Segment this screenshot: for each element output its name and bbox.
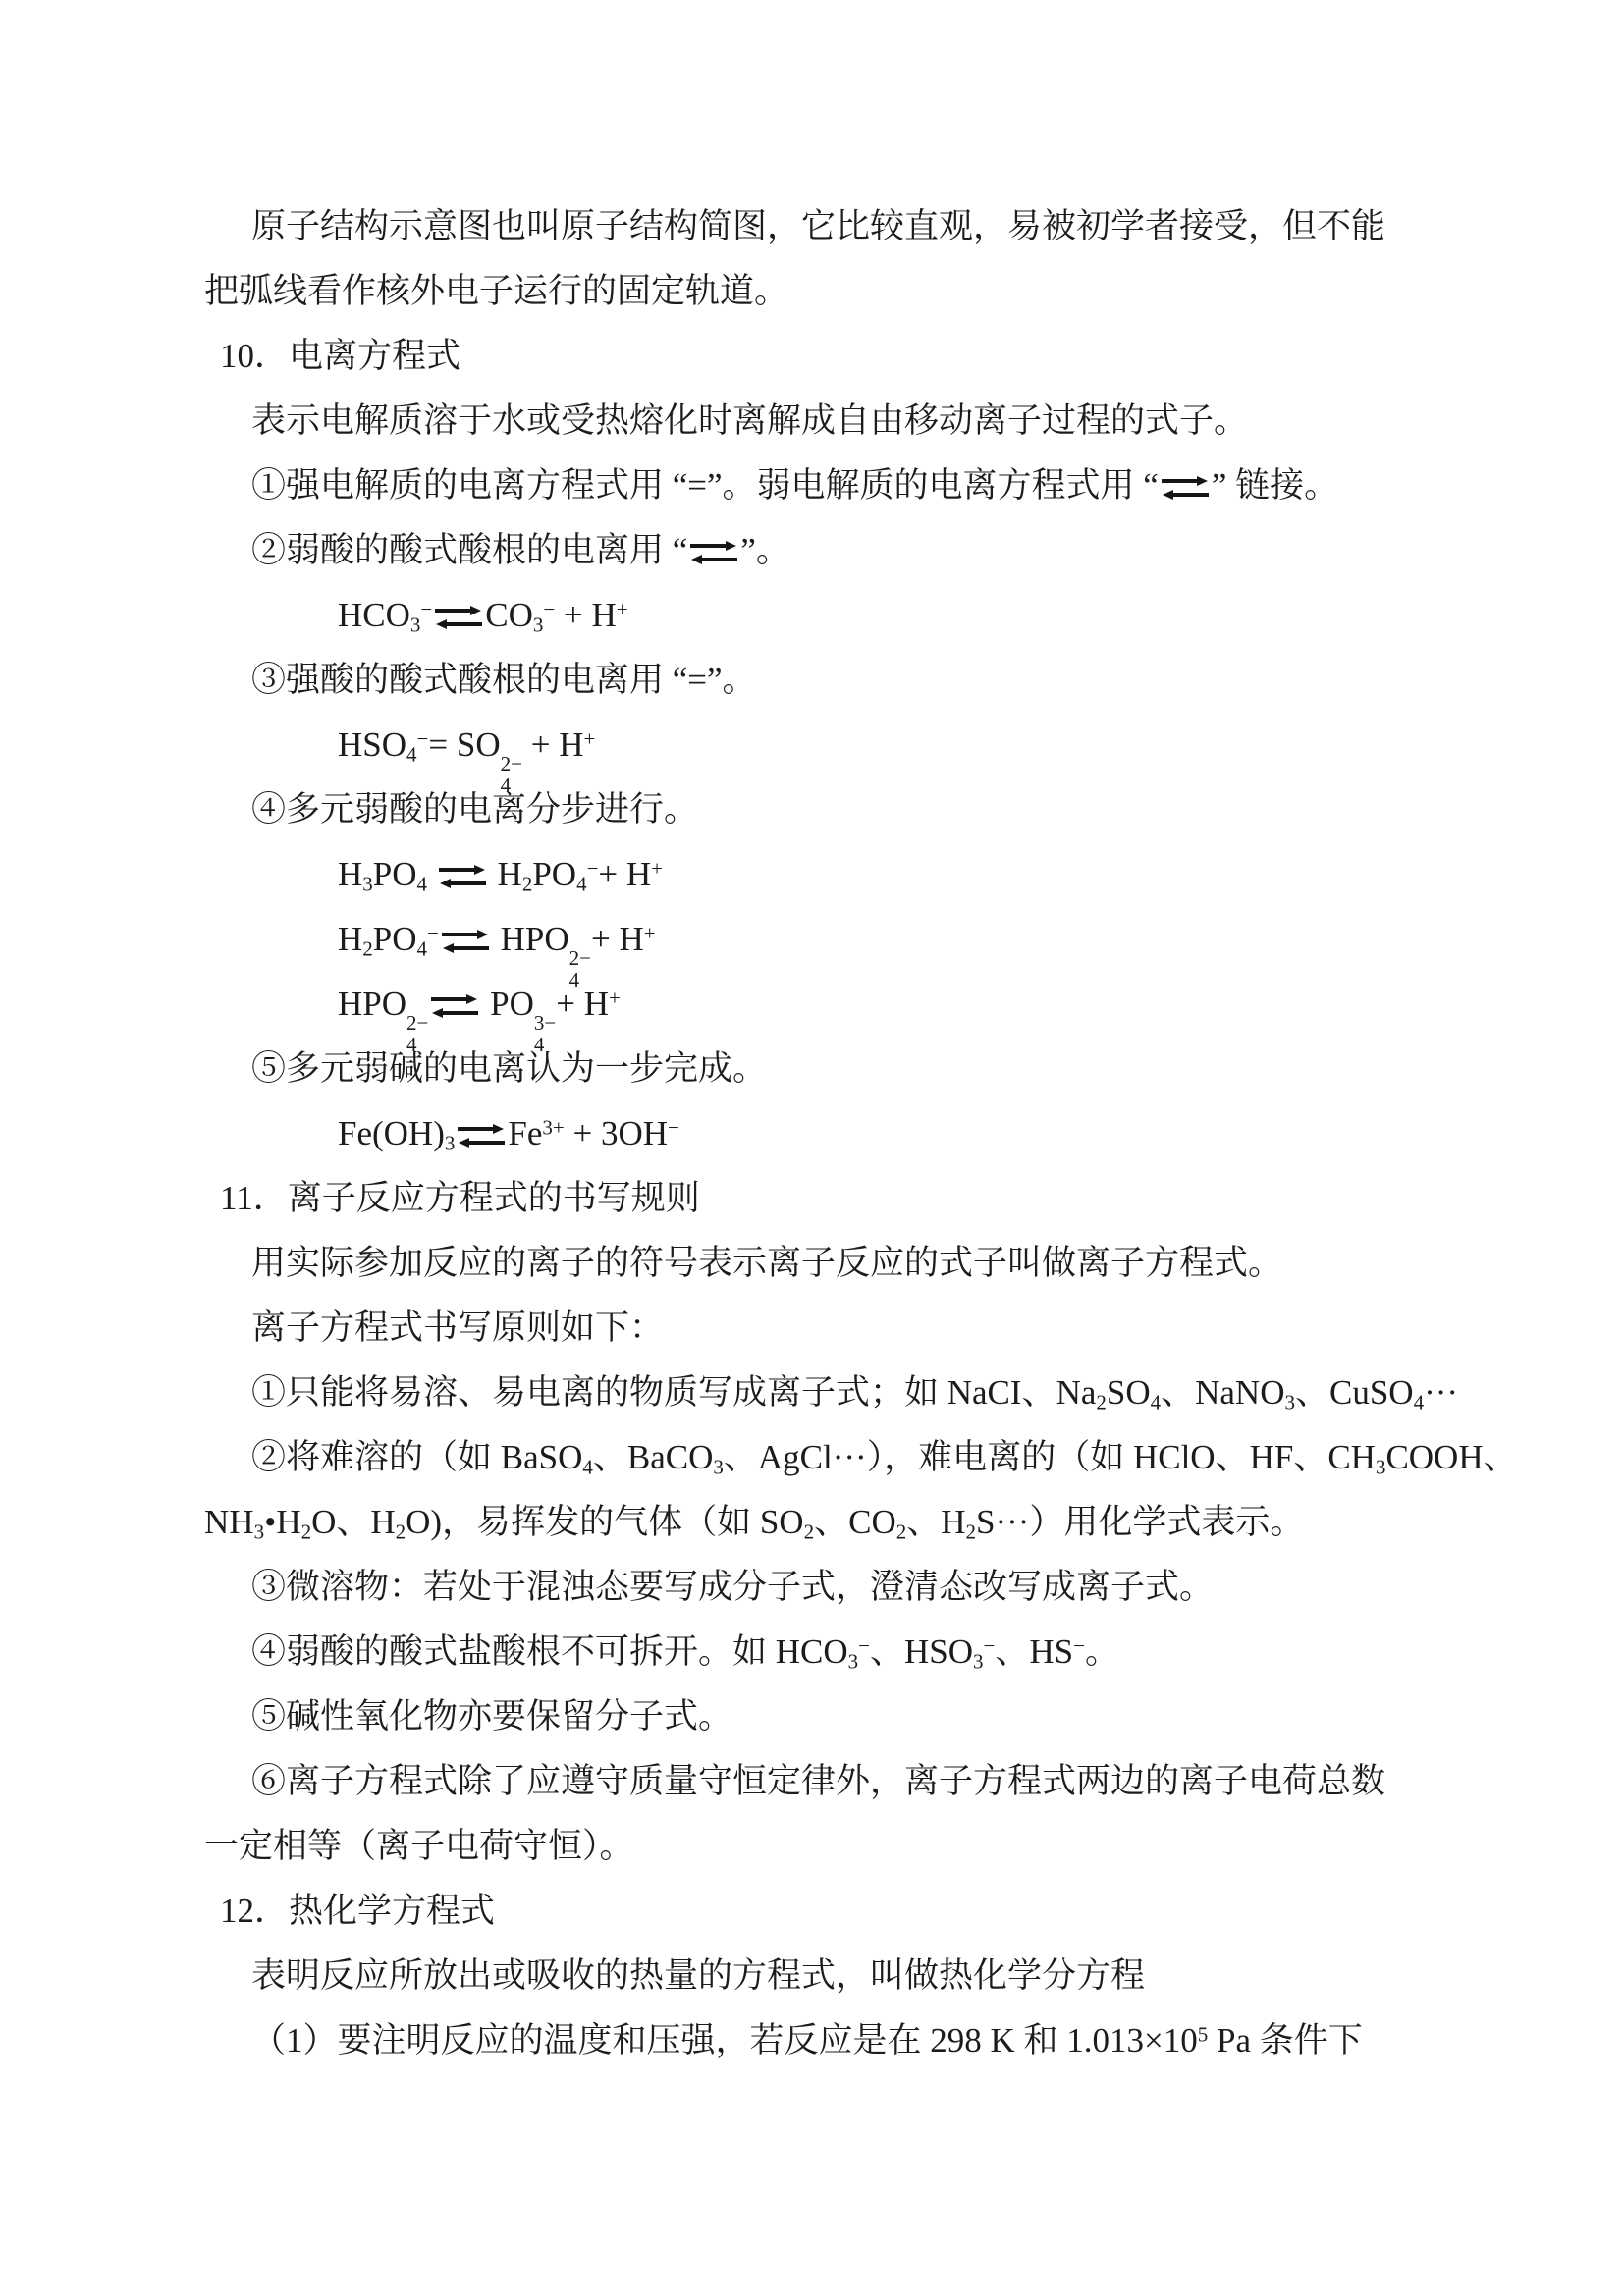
text-line: 把弧线看作核外电子运行的固定轨道。 bbox=[204, 259, 1506, 324]
text-line: 10．电离方程式 bbox=[204, 324, 1506, 389]
text-line: 用实际参加反应的离子的符号表示离子反应的式子叫做离子方程式。 bbox=[204, 1231, 1506, 1296]
equation-line: HPO2−4 PO3−4+ H+ bbox=[204, 972, 1506, 1037]
equilibrium-arrow-icon bbox=[1162, 476, 1209, 500]
text-line: ①只能将易溶、易电离的物质写成离子式；如 NaCI、Na2SO4、NaNO3、C… bbox=[204, 1361, 1506, 1425]
text-line: ⑥离子方程式除了应遵守质量守恒定律外，离子方程式两边的离子电荷总数 bbox=[204, 1749, 1506, 1814]
text-line: ③微溶物：若处于混浊态要写成分子式，澄清态改写成离子式。 bbox=[204, 1555, 1506, 1620]
text-line: 12．热化学方程式 bbox=[204, 1879, 1506, 1944]
equilibrium-arrow-icon bbox=[442, 930, 489, 953]
equilibrium-arrow-icon bbox=[435, 606, 482, 629]
text-line: 表明反应所放出或吸收的热量的方程式，叫做热化学分方程 bbox=[204, 1944, 1506, 2008]
equation-line: H2PO4− HPO2−4+ H+ bbox=[204, 907, 1506, 972]
text-line: ②将难溶的（如 BaSO4、BaCO3、AgCl···），难电离的（如 HClO… bbox=[204, 1425, 1506, 1490]
document-content: 原子结构示意图也叫原子结构简图，它比较直观，易被初学者接受，但不能把弧线看作核外… bbox=[204, 194, 1506, 2073]
text-line: ①强电解质的电离方程式用 “=”。弱电解质的电离方程式用 “” 链接。 bbox=[204, 454, 1506, 518]
equation-line: H3PO4 H2PO4−+ H+ bbox=[204, 842, 1506, 907]
text-line: （1）要注明反应的温度和压强，若反应是在 298 K 和 1.013×105 P… bbox=[204, 2008, 1506, 2073]
equation-line: HCO3−CO3− + H+ bbox=[204, 583, 1506, 648]
equilibrium-arrow-icon bbox=[458, 1124, 505, 1148]
text-line: 原子结构示意图也叫原子结构简图，它比较直观，易被初学者接受，但不能 bbox=[204, 194, 1506, 259]
text-line: ②弱酸的酸式酸根的电离用 “”。 bbox=[204, 518, 1506, 583]
text-line: 表示电解质溶于水或受热熔化时离解成自由移动离子过程的式子。 bbox=[204, 389, 1506, 454]
text-line: 一定相等（离子电荷守恒）。 bbox=[204, 1814, 1506, 1879]
equilibrium-arrow-icon bbox=[690, 541, 737, 564]
text-line: ④多元弱酸的电离分步进行。 bbox=[204, 777, 1506, 842]
text-line: ⑤碱性氧化物亦要保留分子式。 bbox=[204, 1684, 1506, 1749]
text-line: NH3•H2O、H2O)，易挥发的气体（如 SO2、CO2、H2S···）用化学… bbox=[204, 1490, 1506, 1555]
text-line: ③强酸的酸式酸根的电离用 “=”。 bbox=[204, 648, 1506, 713]
text-line: ④弱酸的酸式盐酸根不可拆开。如 HCO3−、HSO3−、HS−。 bbox=[204, 1620, 1506, 1684]
equilibrium-arrow-icon bbox=[439, 865, 486, 888]
text-line: 11．离子反应方程式的书写规则 bbox=[204, 1166, 1506, 1231]
text-line: ⑤多元弱碱的电离认为一步完成。 bbox=[204, 1037, 1506, 1101]
text-line: 离子方程式书写原则如下： bbox=[204, 1296, 1506, 1361]
equation-line: Fe(OH)3Fe3+ + 3OH− bbox=[204, 1101, 1506, 1166]
equilibrium-arrow-icon bbox=[431, 994, 478, 1018]
document-page: 原子结构示意图也叫原子结构简图，它比较直观，易被初学者接受，但不能把弧线看作核外… bbox=[0, 0, 1624, 2296]
equation-line: HSO4−= SO2−4 + H+ bbox=[204, 713, 1506, 777]
